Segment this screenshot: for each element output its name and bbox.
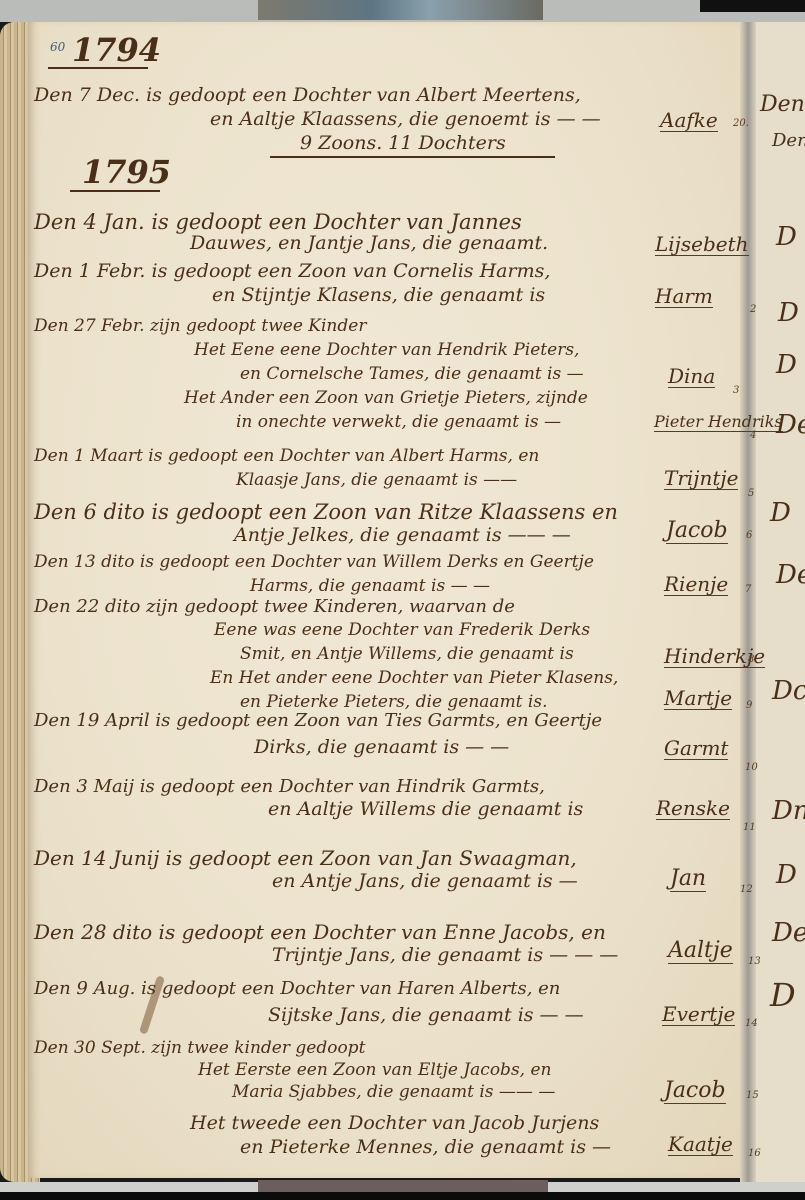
- entry-line: Den 3 Maij is gedoopt een Dochter van Hi…: [34, 778, 545, 796]
- entry-line: Den 4 Jan. is gedoopt een Dochter van Ja…: [34, 212, 522, 233]
- entry-line: Den 1 Maart is gedoopt een Dochter van A…: [34, 448, 539, 465]
- entry-line: Het tweede een Dochter van Jacob Jurjens: [190, 1114, 599, 1133]
- entry-line: Antje Jelkes, die genaamt is —— —: [234, 526, 571, 545]
- entry-line: Den 22 dito zijn gedoopt twee Kinderen, …: [34, 598, 515, 616]
- book-gutter: [740, 22, 756, 1182]
- right-page-fragment: De: [776, 560, 805, 590]
- child-name: Lijsebeth: [655, 234, 749, 256]
- margin-number: 8: [748, 654, 754, 665]
- entry-line: Smit, en Antje Willems, die genaamt is: [240, 646, 574, 663]
- dark-bottom-edge: [0, 1192, 805, 1200]
- child-name: Pieter Hendriks: [654, 414, 783, 432]
- entry-line: Dauwes, en Jantje Jans, die genaamt.: [190, 234, 548, 253]
- margin-number: 4: [750, 430, 756, 441]
- right-page-fragment: D: [770, 976, 796, 1014]
- entry-line: en Antje Jans, die genaamt is —: [272, 872, 578, 891]
- entry-line: en Stijntje Klasens, die genaamt is: [212, 286, 545, 305]
- right-page-fragment: De: [776, 410, 805, 440]
- child-name: Rienje: [664, 574, 728, 596]
- entry-line: in onechte verwekt, die genaamt is —: [236, 414, 561, 431]
- margin-number: 13: [748, 956, 761, 967]
- margin-number: 5: [748, 488, 754, 499]
- margin-number: 2: [750, 304, 756, 315]
- margin-number: 12: [740, 884, 753, 895]
- child-name: Garmt: [664, 738, 728, 760]
- margin-number: 3: [733, 385, 739, 396]
- entry-line: Harms, die genaamt is — —: [250, 578, 490, 595]
- entry-line: Den 30 Sept. zijn twee kinder gedoopt: [34, 1040, 365, 1057]
- entry-line: Dirks, die genaamt is — —: [254, 738, 509, 757]
- year-heading-1794: 1794: [72, 34, 161, 66]
- totals-line: 9 Zoons. 11 Dochters: [300, 134, 506, 153]
- entry-line: En Het ander eene Dochter van Pieter Kla…: [210, 670, 618, 687]
- right-page-fragment: D: [778, 298, 799, 328]
- entry-line: Sijtske Jans, die genaamt is — —: [268, 1006, 584, 1025]
- right-page-fragment: D: [776, 222, 797, 252]
- margin-number: 20.: [733, 118, 749, 129]
- margin-number: 14: [745, 1018, 758, 1029]
- entry-line: en Aaltje Willems die genaamt is: [268, 800, 583, 819]
- totals-underline: [270, 156, 555, 158]
- entry-line: Den 1 Febr. is gedoopt een Zoon van Corn…: [34, 262, 550, 281]
- entry-line: Den 6 dito is gedoopt een Zoon van Ritze…: [34, 502, 618, 523]
- year-underline: [70, 190, 160, 192]
- year-heading-1795: 1795: [82, 156, 171, 188]
- margin-number: 11: [743, 822, 756, 833]
- entry-line: en Aaltje Klaassens, die genoemt is — —: [210, 110, 601, 129]
- entry-line: Klaasje Jans, die genaamt is ——: [236, 472, 517, 489]
- entry-line: Den 27 Febr. zijn gedoopt twee Kinder: [34, 318, 366, 335]
- child-name: Trijntje: [664, 468, 738, 490]
- entry-line: Trijntje Jans, die genaamt is — — —: [272, 946, 618, 965]
- pencil-page-number: 60: [50, 40, 65, 54]
- entry-line: en Cornelsche Tames, die genaamt is —: [240, 366, 584, 383]
- child-name: Martje: [664, 688, 732, 710]
- entry-line: Het Eerste een Zoon van Eltje Jacobs, en: [198, 1062, 551, 1079]
- entry-line: Den 14 Junij is gedoopt een Zoon van Jan…: [34, 848, 577, 868]
- margin-number: 9: [746, 700, 752, 711]
- child-name: Harm: [655, 286, 713, 308]
- entry-line: Het Ander een Zoon van Grietje Pieters, …: [184, 390, 588, 407]
- margin-number: 6: [746, 530, 752, 541]
- margin-number: 15: [746, 1090, 759, 1101]
- right-page-fragment: Dn: [772, 796, 805, 826]
- right-page-fragment: D: [776, 860, 797, 890]
- child-name: Renske: [656, 798, 730, 820]
- child-name: Jacob: [666, 520, 728, 544]
- entry-line: Den 7 Dec. is gedoopt een Dochter van Al…: [34, 86, 581, 105]
- child-name: Evertje: [662, 1004, 735, 1026]
- child-name: Aaltje: [668, 940, 733, 964]
- child-name: Aafke: [660, 110, 718, 132]
- year-underline: [48, 67, 148, 69]
- entry-line: Den 19 April is gedoopt een Zoon van Tie…: [34, 712, 602, 730]
- dark-edge: [700, 0, 805, 12]
- entry-line: Den 28 dito is gedoopt een Dochter van E…: [34, 922, 606, 942]
- entry-line: Den 9 Aug. is gedoopt een Dochter van Ha…: [34, 980, 560, 998]
- child-name: Jan: [670, 868, 706, 892]
- entry-line: Den 13 dito is gedoopt een Dochter van W…: [34, 554, 594, 571]
- fabric-under-book: [258, 0, 543, 20]
- right-page-fragment: D: [770, 498, 791, 528]
- entry-line: en Pieterke Pieters, die genaamt is.: [240, 694, 548, 711]
- right-page-fragment: Den: [772, 130, 805, 151]
- child-name: Jacob: [664, 1080, 726, 1104]
- child-name: Dina: [668, 366, 715, 388]
- margin-number: 7: [745, 584, 751, 595]
- right-page-fragment: Dc: [772, 676, 805, 706]
- margin-number: 10: [745, 762, 758, 773]
- right-page-fragment: De: [772, 918, 805, 948]
- child-name: Kaatje: [668, 1134, 733, 1156]
- entry-line: Het Eene eene Dochter van Hendrik Pieter…: [194, 342, 579, 359]
- margin-number: 16: [748, 1148, 761, 1159]
- right-page-fragment: Den: [760, 92, 805, 117]
- entry-line: en Pieterke Mennes, die genaamt is —: [240, 1138, 611, 1157]
- entry-line: Maria Sjabbes, die genaamt is —— —: [232, 1084, 555, 1101]
- entry-line: Eene was eene Dochter van Frederik Derks: [214, 622, 590, 639]
- right-page-fragment: D: [776, 350, 797, 380]
